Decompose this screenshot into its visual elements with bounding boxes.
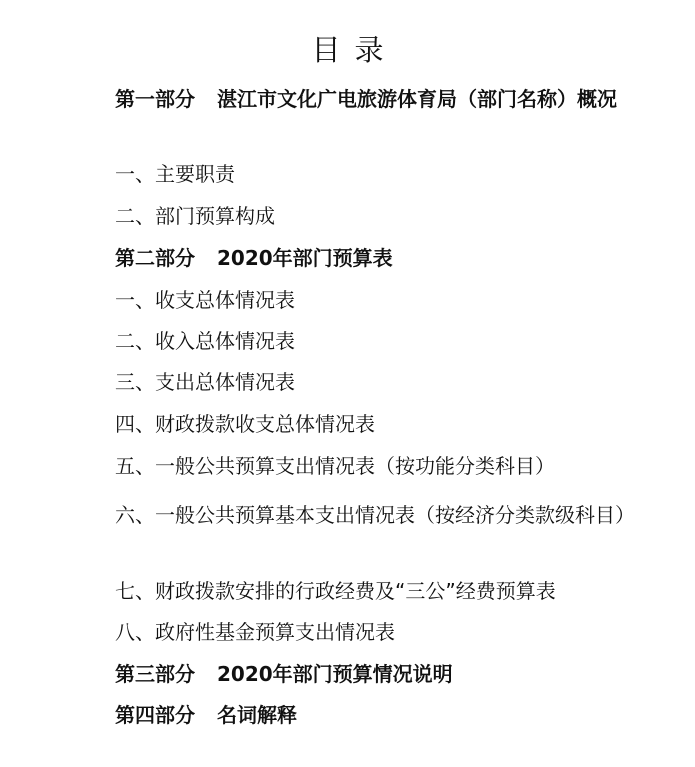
part-title: 2020年部门预算情况说明 <box>217 662 453 686</box>
toc-item-6[interactable]: 六、一般公共预算基本支出情况表（按经济分类款级科目） <box>72 494 632 536</box>
toc-part-2[interactable]: 第二部分2020年部门预算表 <box>72 244 632 272</box>
toc-item-budget-composition[interactable]: 二、部门预算构成 <box>72 202 632 230</box>
part-label: 第四部分 <box>115 703 195 727</box>
toc-item-5[interactable]: 五、一般公共预算支出情况表（按功能分类科目） <box>72 452 632 480</box>
toc-item-4[interactable]: 四、财政拨款收支总体情况表 <box>72 410 632 438</box>
toc-part-3[interactable]: 第三部分2020年部门预算情况说明 <box>72 660 632 688</box>
toc-item-3[interactable]: 三、支出总体情况表 <box>72 368 632 396</box>
toc-part-1[interactable]: 第一部分湛江市文化广电旅游体育局（部门名称）概况 <box>72 78 632 120</box>
toc-part-4[interactable]: 第四部分名词解释 <box>72 701 632 729</box>
part-label: 第三部分 <box>115 662 195 686</box>
toc-item-8[interactable]: 八、政府性基金预算支出情况表 <box>72 618 632 646</box>
part-label: 第二部分 <box>115 246 195 270</box>
part-title: 2020年部门预算表 <box>217 246 393 270</box>
part-title: 名词解释 <box>217 703 297 727</box>
part-title: 湛江市文化广电旅游体育局（部门名称）概况 <box>217 87 617 111</box>
toc-item-7[interactable]: 七、财政拨款安排的行政经费及“三公”经费预算表 <box>72 577 632 605</box>
toc-item-2[interactable]: 二、收入总体情况表 <box>72 327 632 355</box>
part-label: 第一部分 <box>115 87 195 111</box>
toc-title: 目录 <box>0 30 695 70</box>
toc-item-1[interactable]: 一、收支总体情况表 <box>72 286 632 314</box>
toc-item-duties[interactable]: 一、主要职责 <box>72 160 632 188</box>
